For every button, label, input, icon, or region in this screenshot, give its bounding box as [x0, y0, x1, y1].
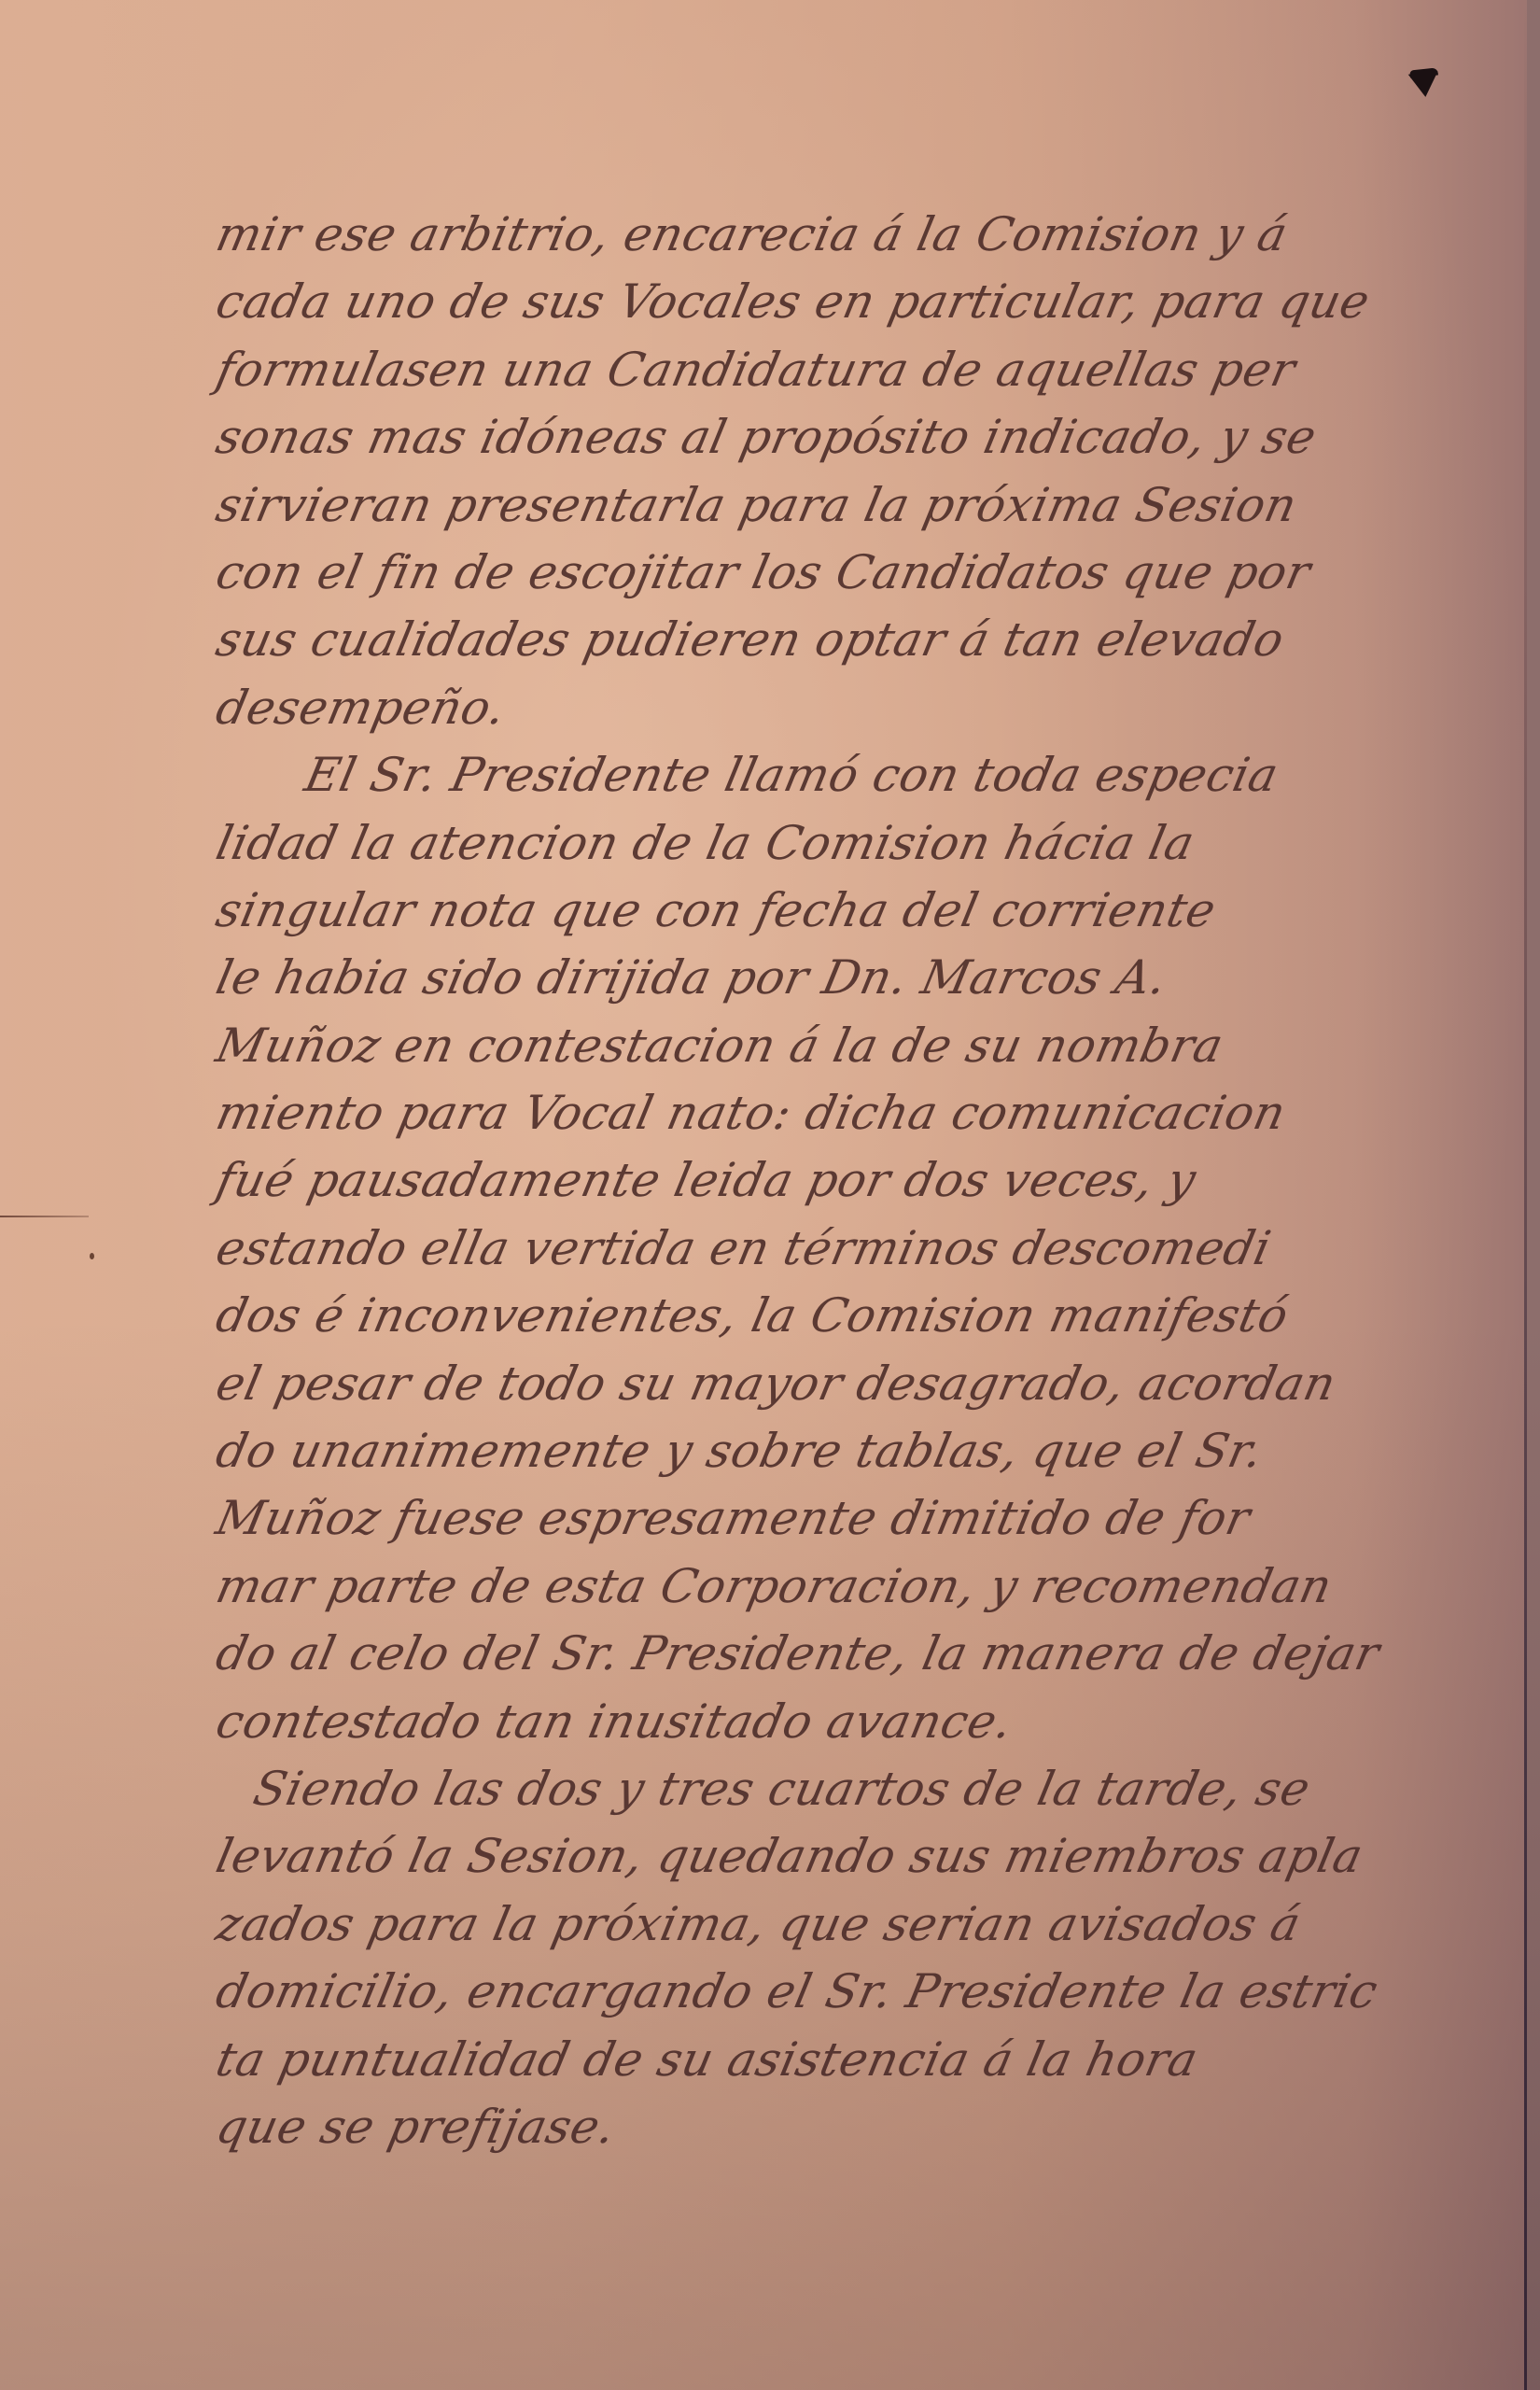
text-line: que se prefijase. — [210, 2093, 1475, 2160]
text-line: zados para la próxima, que serian avisad… — [210, 1891, 1475, 1958]
torn-hole — [1408, 71, 1441, 98]
text-line: le habia sido dirijida por Dn. Marcos A. — [210, 944, 1475, 1011]
text-line: dos é inconvenientes, la Comision manife… — [210, 1282, 1475, 1349]
text-line: sirvieran presentarla para la próxima Se… — [210, 471, 1475, 539]
text-line: desempeño. — [210, 674, 1475, 741]
ink-speck — [90, 1253, 94, 1259]
text-line: formulasen una Candidatura de aquellas p… — [210, 336, 1475, 403]
manuscript-page: mir ese arbitrio, encarecia á la Comisio… — [0, 0, 1540, 2390]
text-line: sus cualidades pudieren optar á tan elev… — [210, 606, 1475, 673]
text-line: ta puntualidad de su asistencia á la hor… — [210, 2026, 1475, 2093]
text-line: sonas mas idóneas al propósito indicado,… — [210, 403, 1475, 471]
handwritten-text-block: mir ese arbitrio, encarecia á la Comisio… — [210, 201, 1461, 2160]
text-line: mar parte de esta Corporacion, y recomen… — [210, 1553, 1475, 1620]
text-line: miento para Vocal nato: dicha comunicaci… — [210, 1079, 1475, 1146]
text-line: estando ella vertida en términos descome… — [210, 1215, 1475, 1282]
text-line: singular nota que con fecha del corrient… — [210, 877, 1475, 944]
text-line: Muñoz en contestacion á la de su nombra — [210, 1012, 1475, 1079]
text-line: Muñoz fuese espresamente dimitido de for — [210, 1484, 1475, 1552]
paragraph-start-line: Siendo las dos y tres cuartos de la tard… — [210, 1755, 1475, 1822]
page-edge-shadow — [1527, 0, 1540, 2390]
text-line: contestado tan inusitado avance. — [210, 1688, 1475, 1755]
text-line: fué pausadamente leida por dos veces, y — [210, 1146, 1475, 1214]
text-line: do unanimemente y sobre tablas, que el S… — [210, 1417, 1475, 1484]
text-line: lidad la atencion de la Comision hácia l… — [210, 809, 1475, 877]
text-line: con el fin de escojitar los Candidatos q… — [210, 539, 1475, 606]
paragraph-start-line: El Sr. Presidente llamó con toda especia — [210, 741, 1475, 808]
fold-mark — [0, 1216, 89, 1217]
text-line: do al celo del Sr. Presidente, la manera… — [210, 1620, 1475, 1687]
text-line: cada uno de sus Vocales en particular, p… — [210, 268, 1475, 335]
text-line: domicilio, encargando el Sr. Presidente … — [210, 1958, 1475, 2025]
page-edge-line — [1524, 0, 1527, 2390]
text-line: levantó la Sesion, quedando sus miembros… — [210, 1822, 1475, 1890]
text-line: el pesar de todo su mayor desagrado, aco… — [210, 1350, 1475, 1417]
text-line: mir ese arbitrio, encarecia á la Comisio… — [210, 201, 1475, 268]
